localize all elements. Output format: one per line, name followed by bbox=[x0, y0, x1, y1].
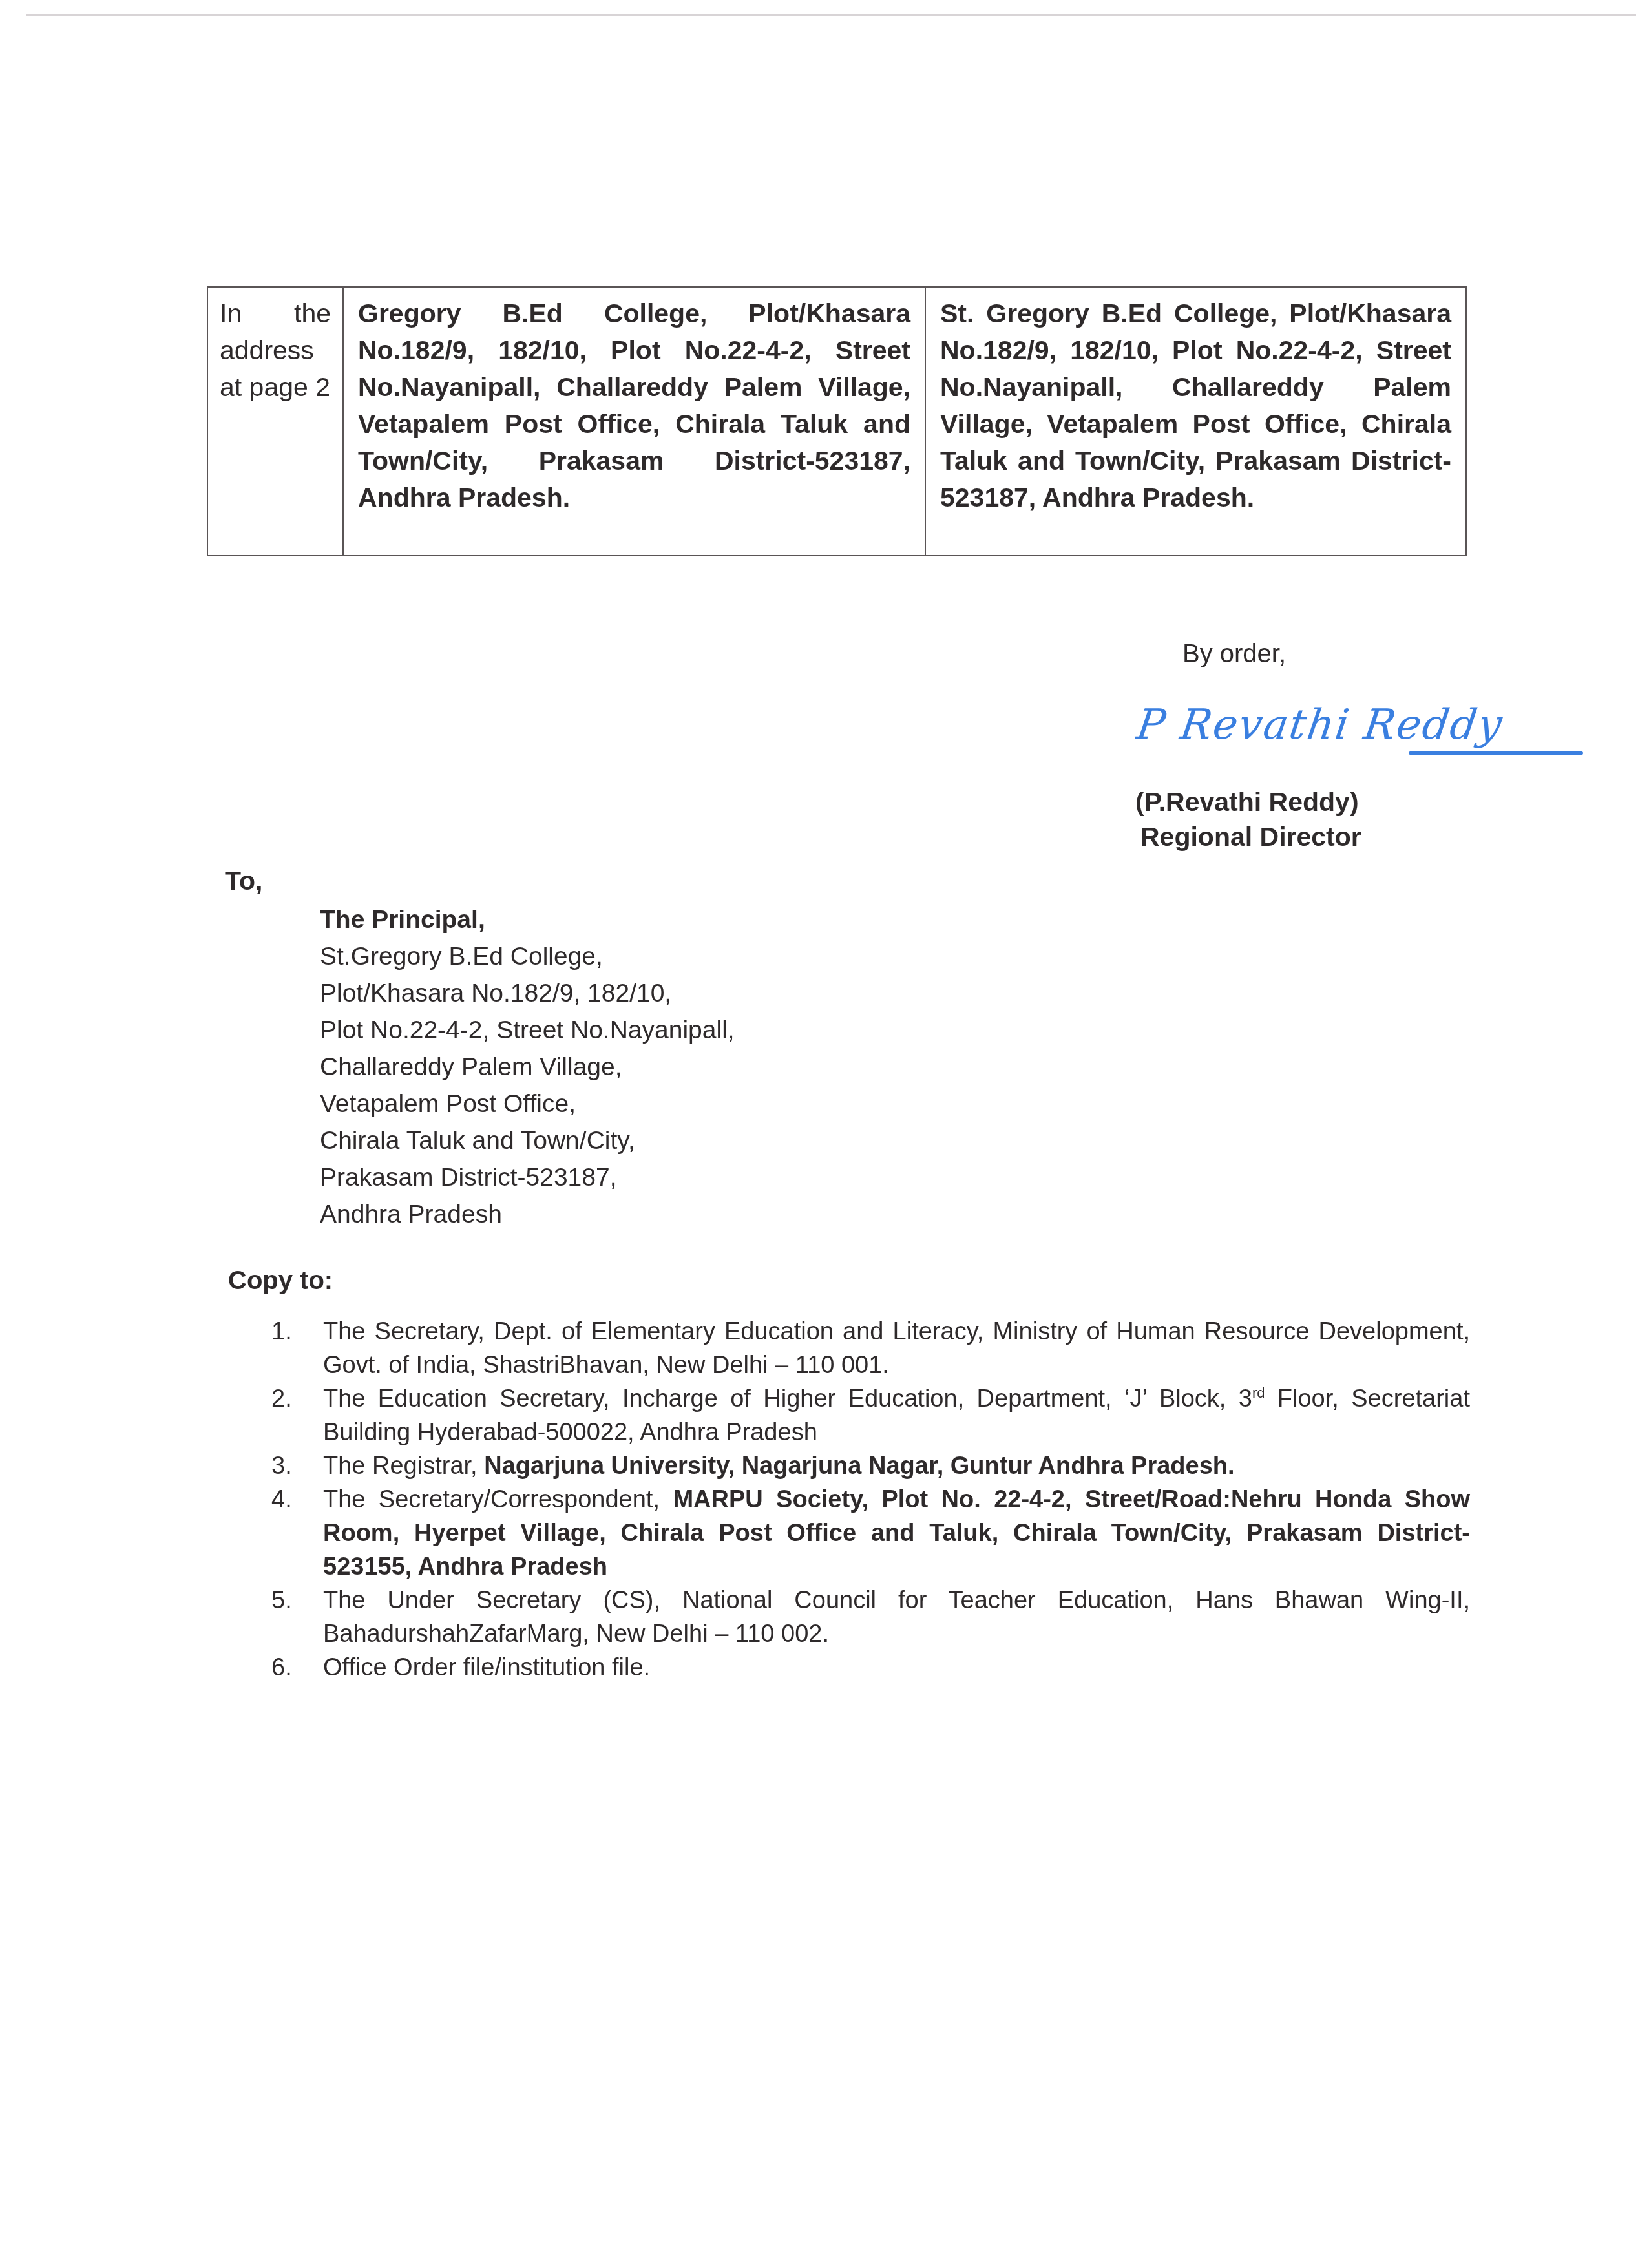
table-row: In the address at page 2 Gregory B.Ed Co… bbox=[207, 287, 1466, 556]
item-number: 2. bbox=[271, 1382, 292, 1416]
signatory-name: (P.Revathi Reddy) bbox=[1135, 787, 1359, 817]
list-item: 4. The Secretary/Correspondent, MARPU So… bbox=[271, 1483, 1470, 1584]
copy-to-label: Copy to: bbox=[228, 1266, 333, 1296]
item-number: 1. bbox=[271, 1315, 292, 1349]
corrected-address-cell: St. Gregory B.Ed College, Plot/Khasara N… bbox=[925, 287, 1466, 556]
address-line: Plot No.22-4-2, Street No.Nayanipall, bbox=[320, 1012, 735, 1049]
signatory-designation: Regional Director bbox=[1140, 822, 1361, 852]
item-text: The Registrar, bbox=[323, 1453, 484, 1480]
existing-address-cell: Gregory B.Ed College, Plot/Khasara No.18… bbox=[343, 287, 925, 556]
to-label: To, bbox=[225, 866, 262, 896]
item-text-bold: Nagarjuna University, Nagarjuna Nagar, G… bbox=[484, 1453, 1234, 1480]
item-number: 4. bbox=[271, 1483, 292, 1517]
copy-to-list: 1. The Secretary, Dept. of Elementary Ed… bbox=[271, 1315, 1470, 1685]
signature-underline bbox=[1409, 751, 1583, 755]
list-item: 1. The Secretary, Dept. of Elementary Ed… bbox=[271, 1315, 1470, 1382]
address-line: Prakasam District-523187, bbox=[320, 1159, 735, 1196]
ordinal-suffix: rd bbox=[1252, 1385, 1265, 1401]
item-number: 3. bbox=[271, 1449, 292, 1483]
recipient-heading: The Principal, bbox=[320, 901, 735, 938]
by-order-text: By order, bbox=[1182, 640, 1286, 669]
item-text: The Under Secretary (CS), National Counc… bbox=[323, 1587, 1470, 1648]
item-number: 5. bbox=[271, 1584, 292, 1617]
item-text: Office Order file/institution file. bbox=[323, 1654, 650, 1681]
address-line: Challareddy Palem Village, bbox=[320, 1049, 735, 1086]
list-item: 5. The Under Secretary (CS), National Co… bbox=[271, 1584, 1470, 1651]
recipient-address: The Principal, St.Gregory B.Ed College, … bbox=[320, 901, 735, 1233]
item-text: The Secretary, Dept. of Elementary Educa… bbox=[323, 1318, 1470, 1379]
scan-edge-line bbox=[26, 14, 1636, 16]
item-number: 6. bbox=[271, 1651, 292, 1685]
address-line: St.Gregory B.Ed College, bbox=[320, 938, 735, 975]
list-item: 2. The Education Secretary, Incharge of … bbox=[271, 1382, 1470, 1449]
address-line: Vetapalem Post Office, bbox=[320, 1086, 735, 1122]
address-line: Plot/Khasara No.182/9, 182/10, bbox=[320, 975, 735, 1012]
list-item: 6. Office Order file/institution file. bbox=[271, 1651, 1470, 1685]
item-text: The Education Secretary, Incharge of Hig… bbox=[323, 1385, 1252, 1412]
address-line: Chirala Taluk and Town/City, bbox=[320, 1122, 735, 1159]
row-label-cell: In the address at page 2 bbox=[207, 287, 343, 556]
item-text: The Secretary/Correspondent, bbox=[323, 1486, 673, 1513]
signature-handwriting: P Revathi Reddy bbox=[1134, 701, 1506, 749]
amendment-table: In the address at page 2 Gregory B.Ed Co… bbox=[207, 286, 1467, 556]
address-line: Andhra Pradesh bbox=[320, 1196, 735, 1233]
signature: P Revathi Reddy bbox=[1137, 701, 1590, 785]
list-item: 3. The Registrar, Nagarjuna University, … bbox=[271, 1449, 1470, 1483]
